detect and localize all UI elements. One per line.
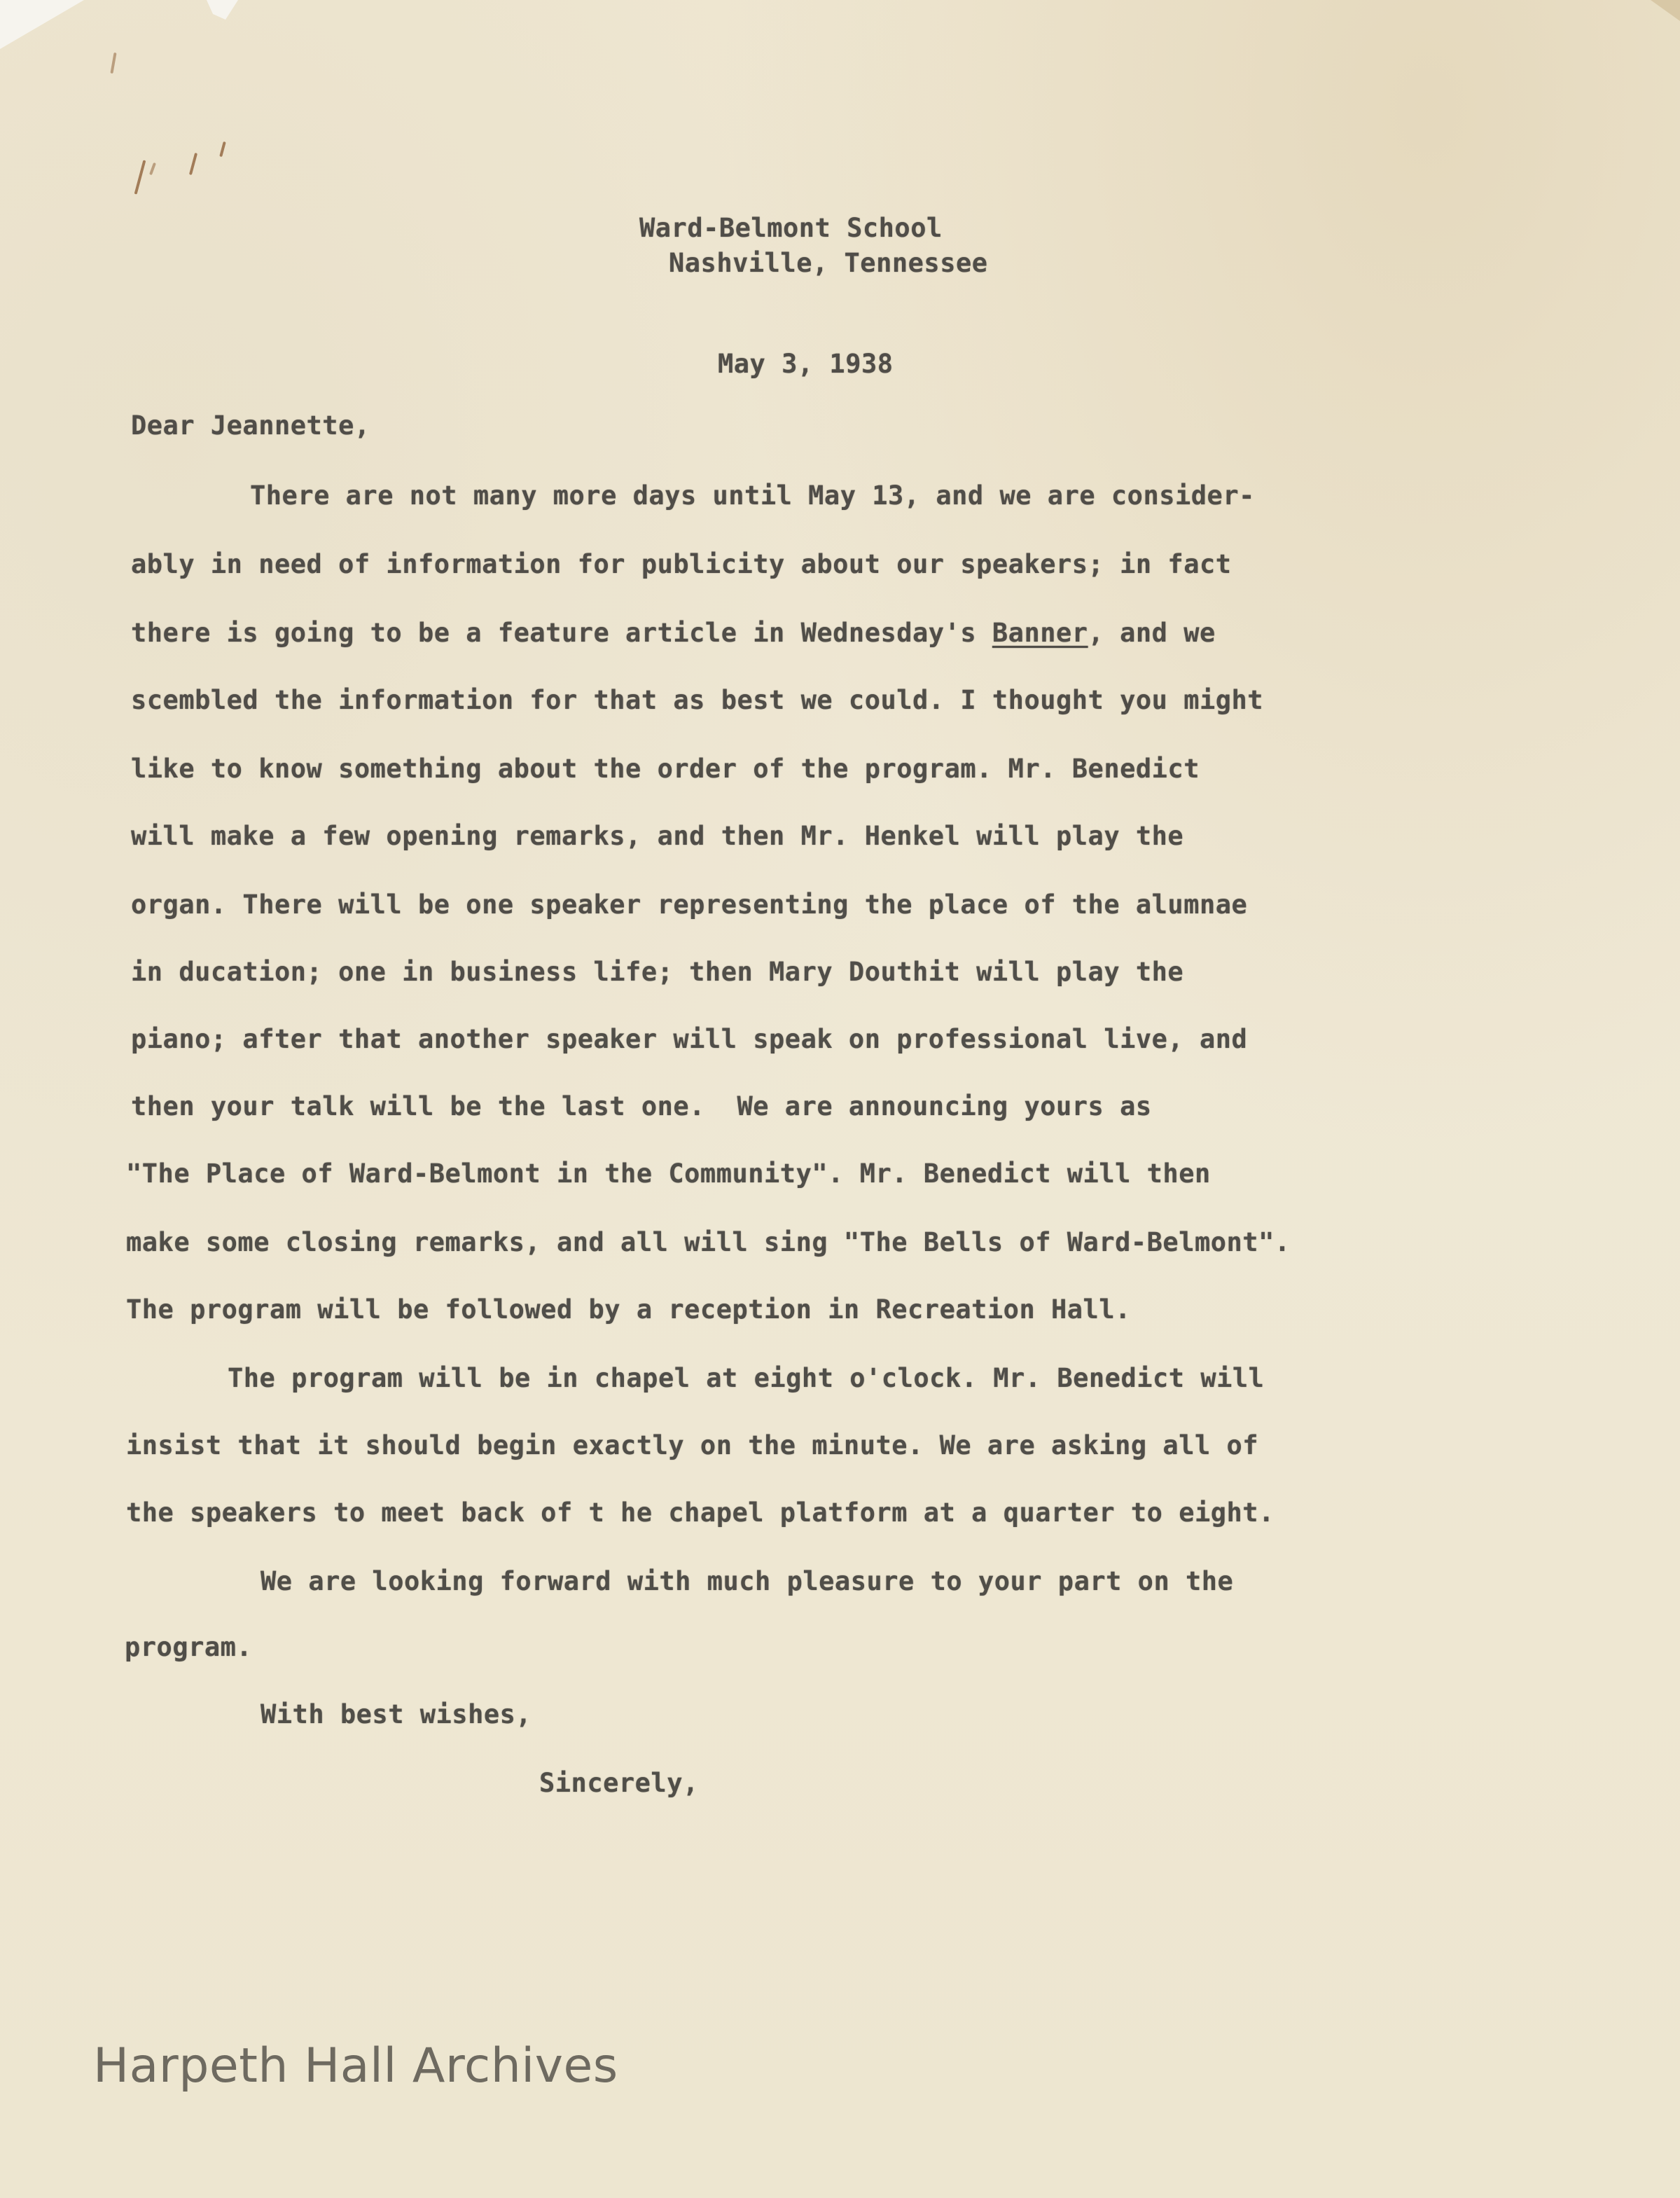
body-line: The program will be in chapel at eight o…	[228, 1363, 1264, 1393]
body-line: in ducation; one in business life; then …	[131, 957, 1183, 987]
newspaper-title: Banner	[992, 618, 1088, 648]
body-line: the speakers to meet back of t he chapel…	[126, 1498, 1275, 1528]
body-line: insist that it should begin exactly on t…	[126, 1430, 1258, 1460]
salutation: Dear Jeannette,	[131, 410, 370, 441]
body-line: "The Place of Ward-Belmont in the Commun…	[126, 1159, 1211, 1189]
body-line: program.	[125, 1632, 252, 1662]
body-line: We are looking forward with much pleasur…	[261, 1566, 1233, 1596]
body-line: The program will be followed by a recept…	[126, 1294, 1131, 1325]
letter-date: May 3, 1938	[718, 349, 894, 379]
body-line: make some closing remarks, and all will …	[126, 1227, 1291, 1257]
corner-fold	[1638, 0, 1680, 35]
body-line: ably in need of information for publicit…	[131, 549, 1232, 579]
body-line: piano; after that another speaker will s…	[131, 1024, 1247, 1054]
body-line: like to know something about the order o…	[131, 754, 1200, 784]
signoff: Sincerely,	[539, 1768, 699, 1798]
body-line: will make a few opening remarks, and the…	[131, 821, 1183, 851]
torn-corner	[0, 0, 84, 49]
letter-page: Ward-Belmont School Nashville, Tennessee…	[0, 0, 1680, 2198]
body-line: then your talk will be the last one. We …	[131, 1091, 1152, 1121]
archive-watermark: Harpeth Hall Archives	[93, 2038, 618, 2094]
body-line-text: there is going to be a feature article i…	[131, 618, 992, 648]
torn-edge	[207, 0, 238, 28]
body-line: scembled the information for that as bes…	[131, 685, 1263, 715]
body-line: there is going to be a feature article i…	[131, 618, 1216, 648]
body-line: organ. There will be one speaker represe…	[131, 890, 1247, 920]
letterhead-line-2: Nashville, Tennessee	[669, 248, 988, 278]
closing: With best wishes,	[261, 1699, 532, 1729]
body-line: There are not many more days until May 1…	[250, 481, 1255, 511]
body-line-text: , and we	[1088, 618, 1216, 648]
letterhead-line-1: Ward-Belmont School	[639, 213, 943, 243]
